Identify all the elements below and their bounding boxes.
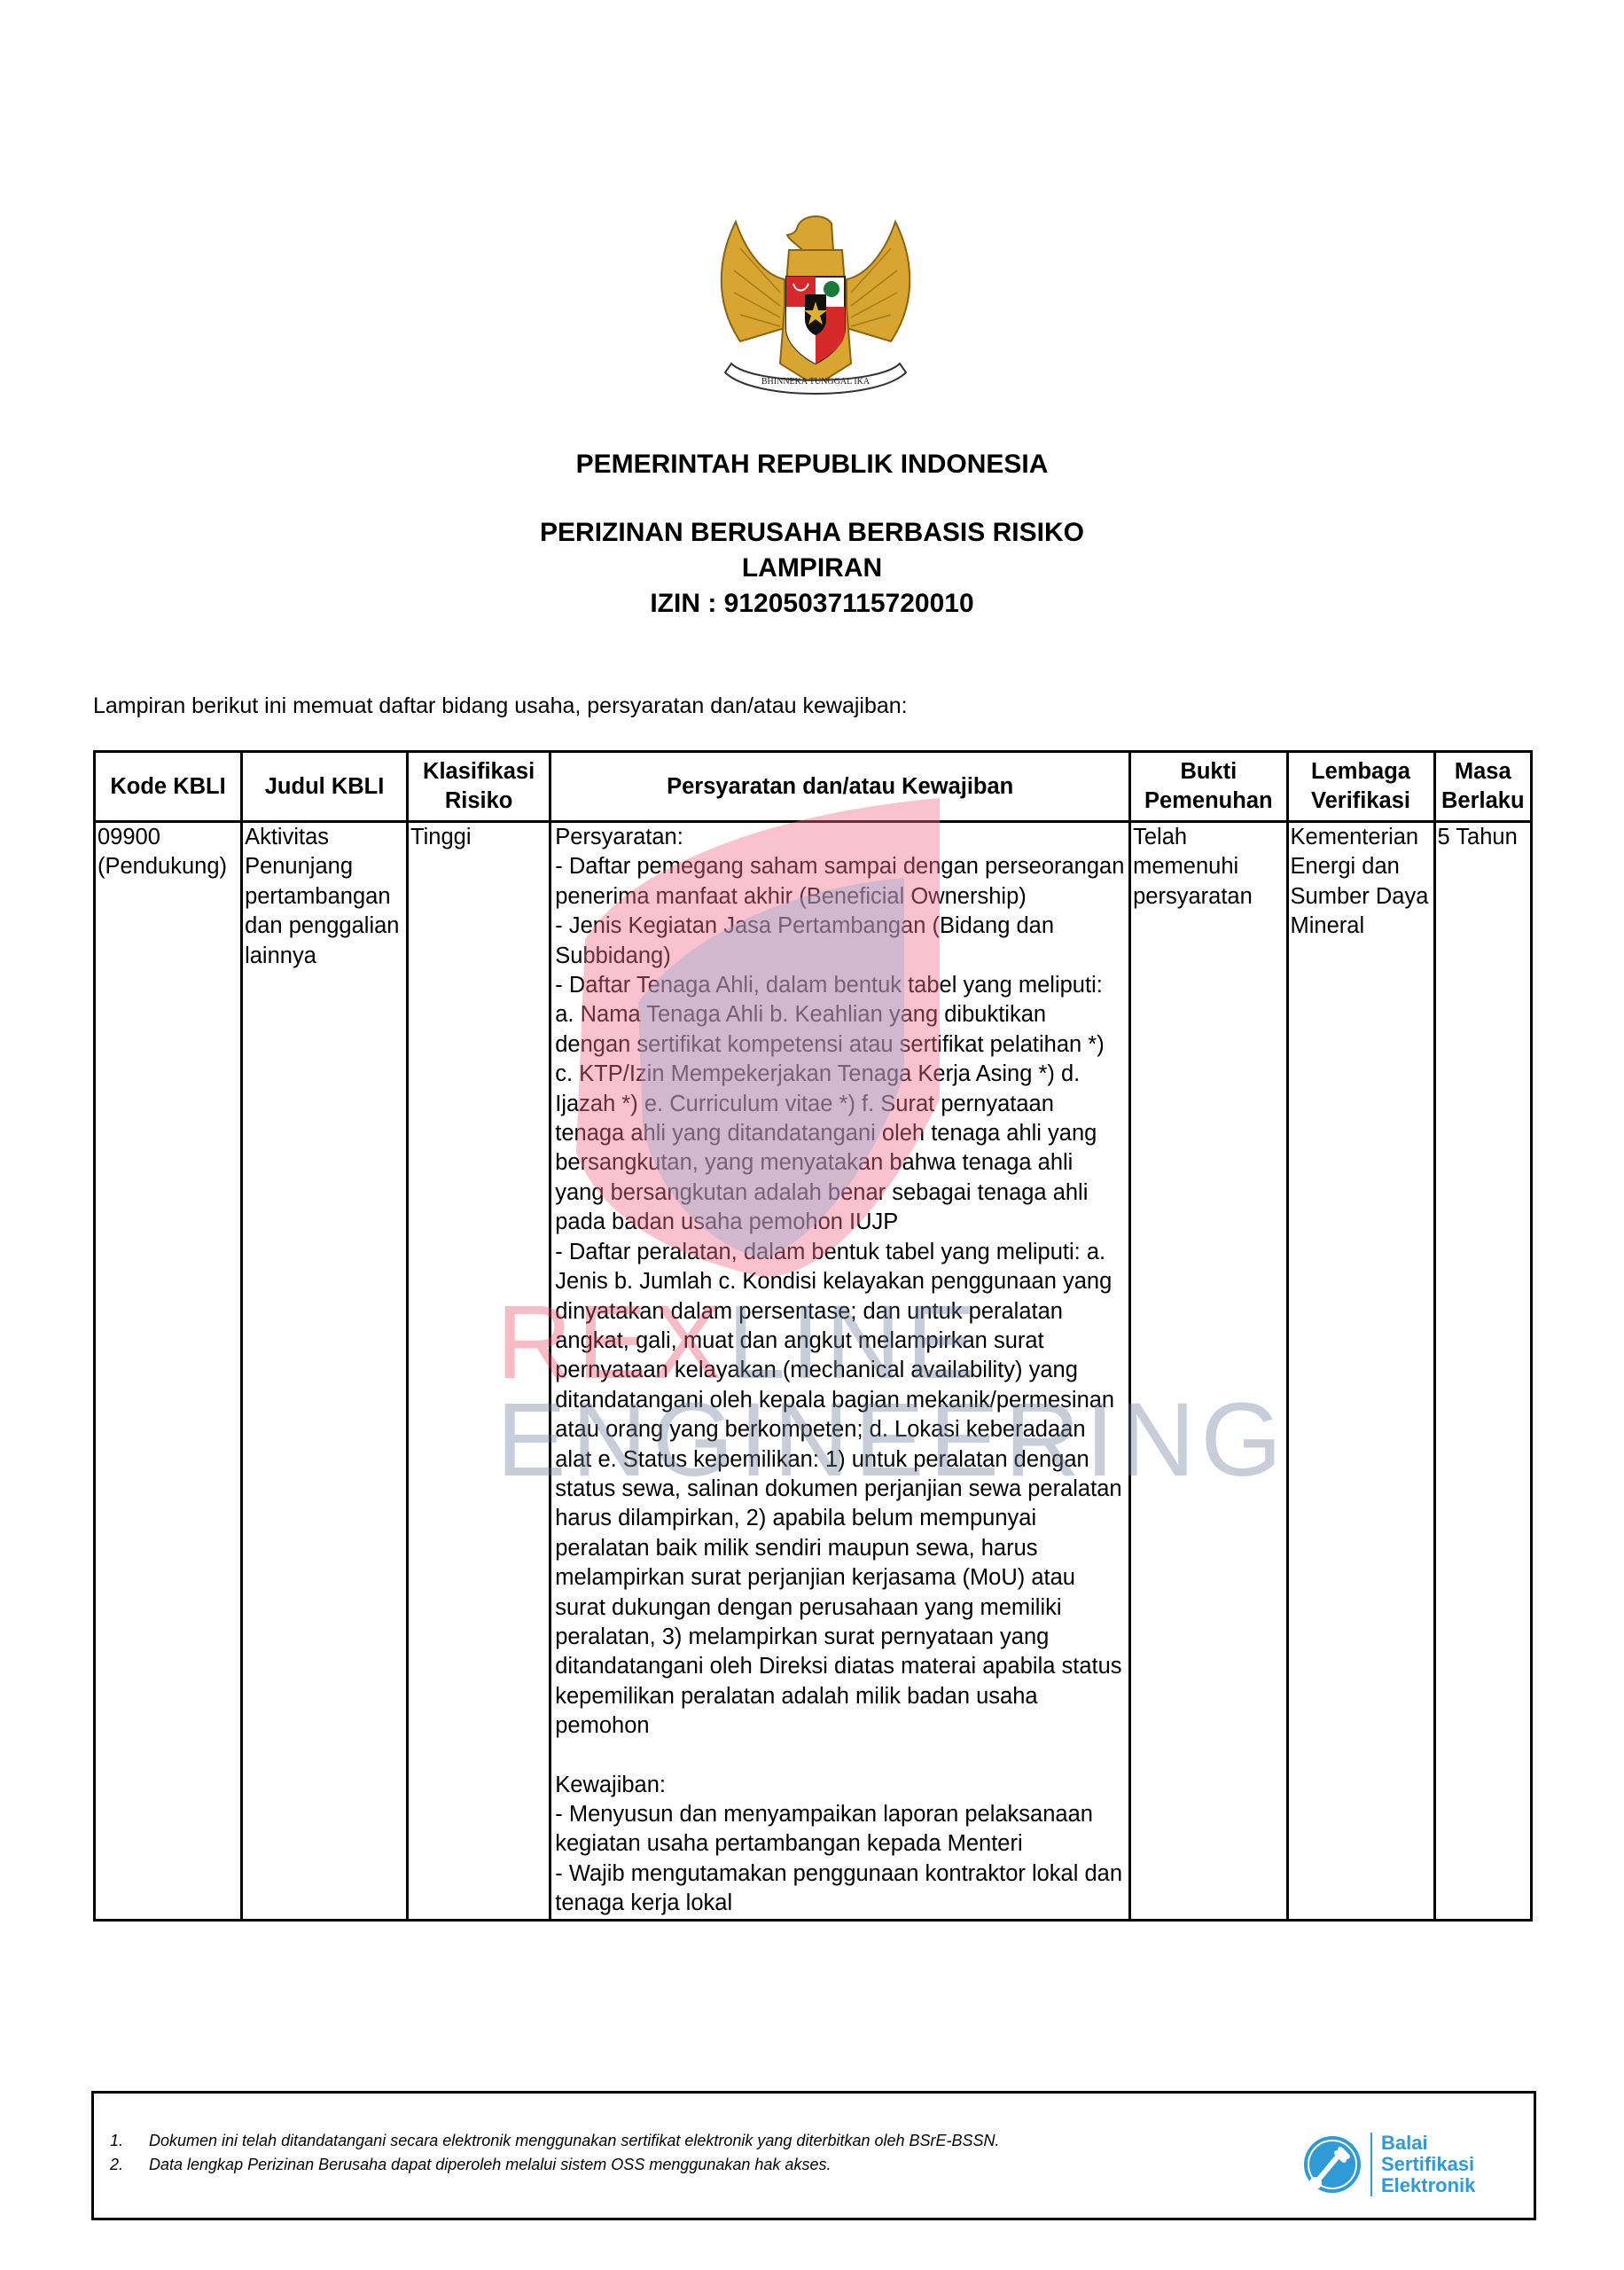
kewajiban-label: Kewajiban: (555, 1771, 1125, 1800)
garuda-emblem-icon: BHINNEKA TUNGGAL IKA (700, 195, 931, 408)
logo-text: Balai (1381, 2133, 1475, 2154)
footer-notes: 1.Dokumen ini telah ditandatangani secar… (110, 2129, 1000, 2177)
column-header: Lembaga Verifikasi (1287, 752, 1434, 822)
footer-box: 1.Dokumen ini telah ditandatangani secar… (91, 2091, 1536, 2220)
column-header: Kode KBLI (95, 752, 242, 822)
column-header: Masa Berlaku (1434, 752, 1532, 822)
kewajiban-item: - Menyusun dan menyampaikan laporan pela… (555, 1800, 1125, 1859)
note-number: 1. (110, 2129, 149, 2153)
persyaratan-item: - Daftar pemegang saham sampai dengan pe… (555, 852, 1125, 912)
column-header: Bukti Pemenuhan (1130, 752, 1287, 822)
bukti-pemenuhan-cell: Telah memenuhi persyaratan (1130, 822, 1287, 1921)
section-spacer (555, 1742, 1125, 1771)
persyaratan-label: Persyaratan: (555, 823, 1125, 852)
persyaratan-item: - Daftar Tenaga Ahli, dalam bentuk tabel… (555, 971, 1125, 1238)
kewajiban-item: - Wajib mengutamakan penggunaan kontrakt… (555, 1859, 1125, 1919)
logo-text: Elektronik (1381, 2175, 1475, 2196)
svg-text:BHINNEKA TUNGGAL IKA: BHINNEKA TUNGGAL IKA (761, 377, 871, 387)
column-header: Judul KBLI (242, 752, 408, 822)
column-header: Persyaratan dan/atau Kewajiban (550, 752, 1130, 822)
table-header-row: Kode KBLI Judul KBLI Klasifikasi Risiko … (95, 752, 1532, 822)
intro-text: Lampiran berikut ini memuat daftar bidan… (93, 692, 908, 720)
judul-kbli-cell: Aktivitas Penunjang pertambangan dan pen… (242, 822, 408, 1921)
note-text: Data lengkap Perizinan Berusaha dapat di… (149, 2153, 831, 2177)
footer-note: 1.Dokumen ini telah ditandatangani secar… (110, 2129, 1000, 2153)
footer-note: 2.Data lengkap Perizinan Berusaha dapat … (110, 2153, 1000, 2177)
key-icon (1301, 2133, 1363, 2196)
permit-number: IZIN : 91205037115720010 (0, 587, 1624, 621)
logo-text: Sertifikasi (1381, 2154, 1475, 2175)
bsre-logo: Balai Sertifikasi Elektronik (1301, 2120, 1514, 2209)
watermark-text-line1: REXLINE (496, 1290, 981, 1395)
masa-berlaku-cell: 5 Tahun (1434, 822, 1532, 1921)
note-number: 2. (110, 2153, 149, 2177)
column-header: Klasifikasi Risiko (407, 752, 550, 822)
document-title: PERIZINAN BERUSAHA BERBASIS RISIKO (0, 516, 1624, 550)
watermark-text-line2: ENGINEERING (496, 1388, 1287, 1492)
document-subtitle: LAMPIRAN (0, 552, 1624, 585)
lembaga-verifikasi-cell: Kementerian Energi dan Sumber Daya Miner… (1287, 822, 1434, 1921)
note-text: Dokumen ini telah ditandatangani secara … (149, 2129, 1000, 2153)
kode-kbli-cell: 09900 (Pendukung) (95, 822, 242, 1921)
persyaratan-item: - Jenis Kegiatan Jasa Pertambangan (Bida… (555, 912, 1125, 971)
government-title: PEMERINTAH REPUBLIK INDONESIA (0, 448, 1624, 481)
